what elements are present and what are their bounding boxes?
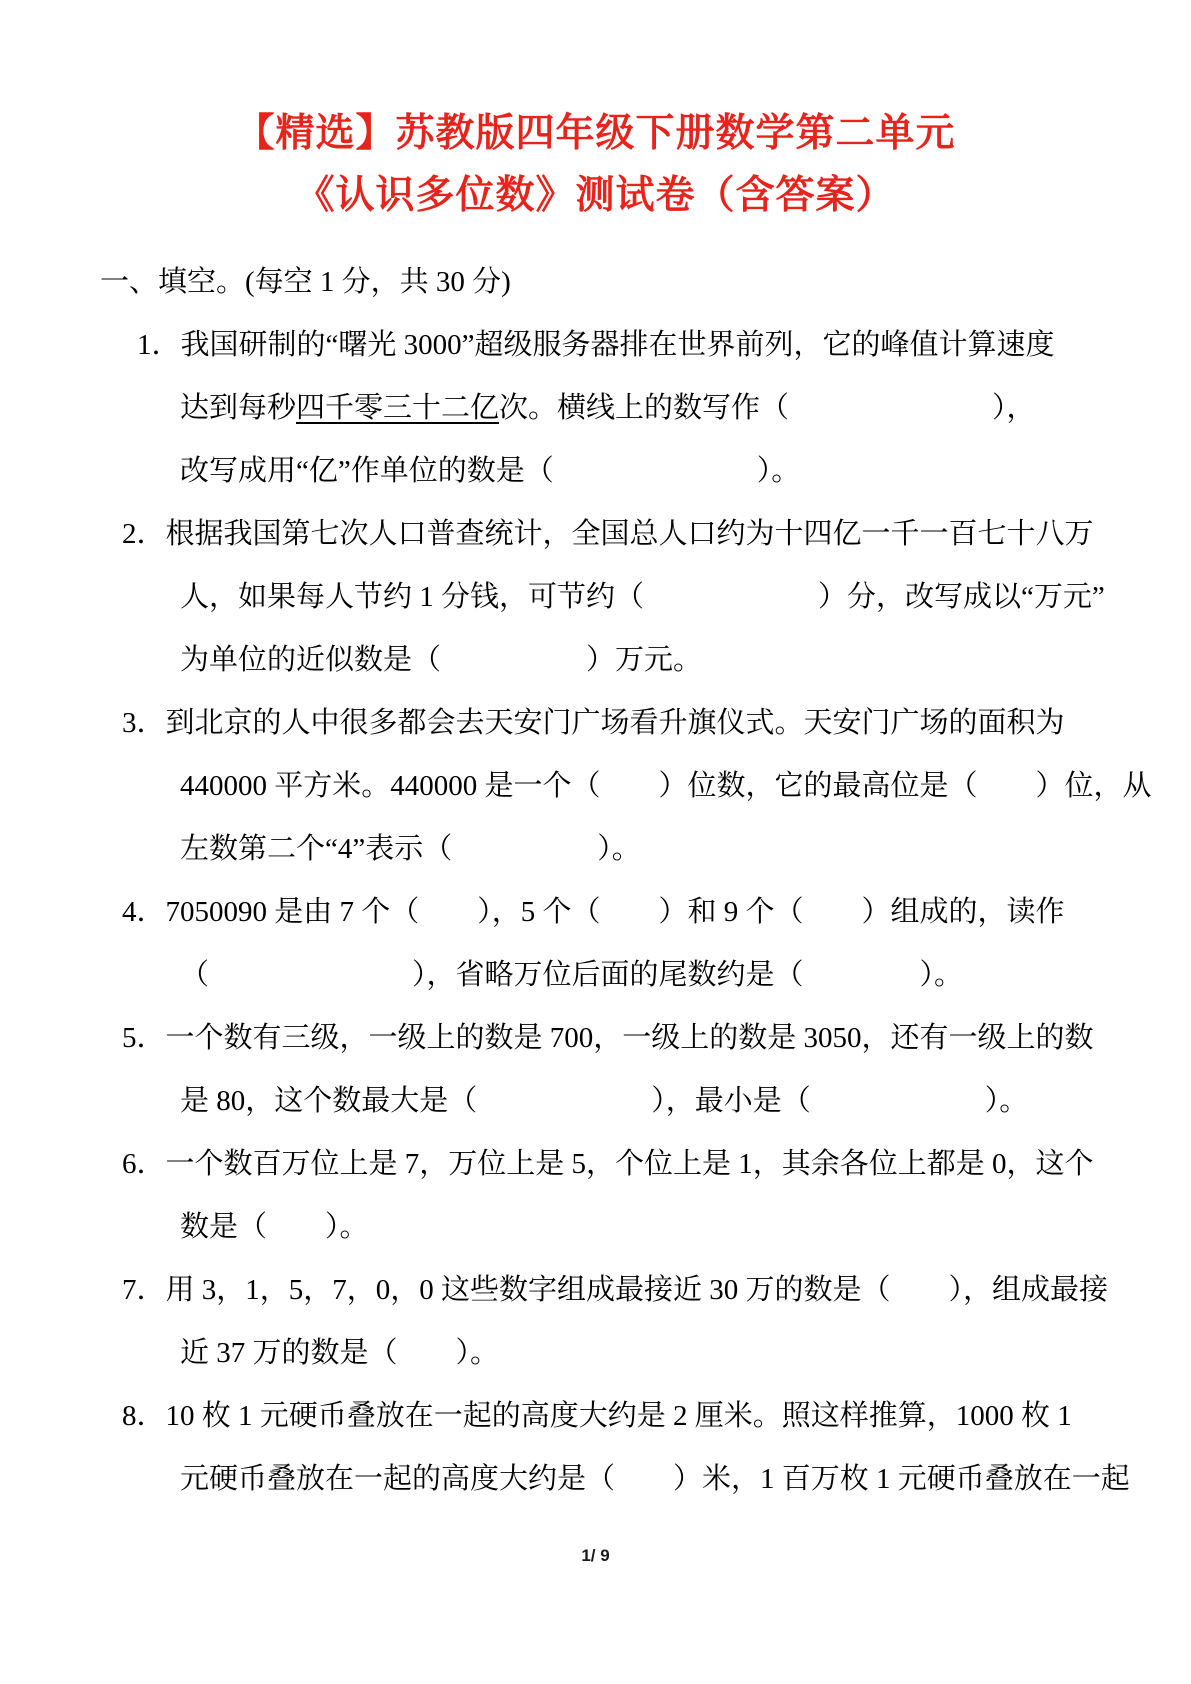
title-line-2: 《认识多位数》测试卷（含答案）: [0, 165, 1191, 227]
question-6-line-1: 6．一个数百万位上是 7，万位上是 5，个位上是 1，其余各位上都是 0，这个: [0, 1133, 1191, 1196]
question-3-line-3: 左数第二个“4”表示（ ）。: [0, 818, 1191, 881]
page-number: 1/ 9: [0, 1546, 1191, 1566]
question-2-line-1: 2．根据我国第七次人口普查统计，全国总人口约为十四亿一千一百七十八万: [0, 503, 1191, 566]
question-8-line-2: 元硬币叠放在一起的高度大约是（ ）米，1 百万枚 1 元硬币叠放在一起: [0, 1448, 1191, 1511]
question-1-underlined-number: 四千零三十二亿: [296, 392, 499, 424]
document-page: 【精选】苏教版四年级下册数学第二单元 《认识多位数》测试卷（含答案） 一、填空。…: [0, 0, 1191, 1684]
question-5-line-2: 是 80，这个数最大是（ ），最小是（ ）。: [0, 1070, 1191, 1133]
question-3-line-2: 440000 平方米。440000 是一个（ ）位数，它的最高位是（ ）位，从: [0, 755, 1191, 818]
question-1-line-2-post: 次。横线上的数写作（ ），: [499, 392, 1036, 424]
section-heading-fill-in-blanks: 一、填空。(每空 1 分，共 30 分): [0, 251, 1191, 314]
question-4-line-1: 4．7050090 是由 7 个（ ），5 个（ ）和 9 个（ ）组成的，读作: [0, 881, 1191, 944]
question-2-line-3: 为单位的近似数是（ ）万元。: [0, 629, 1191, 692]
question-4-line-2: （ ），省略万位后面的尾数约是（ ）。: [0, 944, 1191, 1007]
title-line-1: 【精选】苏教版四年级下册数学第二单元: [0, 103, 1191, 165]
question-7-line-1: 7．用 3，1，5，7，0，0 这些数字组成最接近 30 万的数是（ ），组成最…: [0, 1259, 1191, 1322]
question-1-line-1: 1．我国研制的“曙光 3000”超级服务器排在世界前列，它的峰值计算速度: [0, 314, 1191, 377]
question-1-line-3: 改写成用“亿”作单位的数是（ ）。: [0, 440, 1191, 503]
question-1-line-2-pre: 达到每秒: [180, 392, 296, 424]
document-title: 【精选】苏教版四年级下册数学第二单元 《认识多位数》测试卷（含答案）: [0, 103, 1191, 227]
question-3-line-1: 3．到北京的人中很多都会去天安门广场看升旗仪式。天安门广场的面积为: [0, 692, 1191, 755]
question-8-line-1: 8．10 枚 1 元硬币叠放在一起的高度大约是 2 厘米。照这样推算，1000 …: [0, 1385, 1191, 1448]
question-5-line-1: 5．一个数有三级，一级上的数是 700，一级上的数是 3050，还有一级上的数: [0, 1007, 1191, 1070]
question-1-line-2: 达到每秒四千零三十二亿次。横线上的数写作（ ），: [0, 377, 1191, 440]
question-6-line-2: 数是（ ）。: [0, 1196, 1191, 1259]
question-2-line-2: 人，如果每人节约 1 分钱，可节约（ ）分，改写成以“万元”: [0, 566, 1191, 629]
question-7-line-2: 近 37 万的数是（ ）。: [0, 1322, 1191, 1385]
